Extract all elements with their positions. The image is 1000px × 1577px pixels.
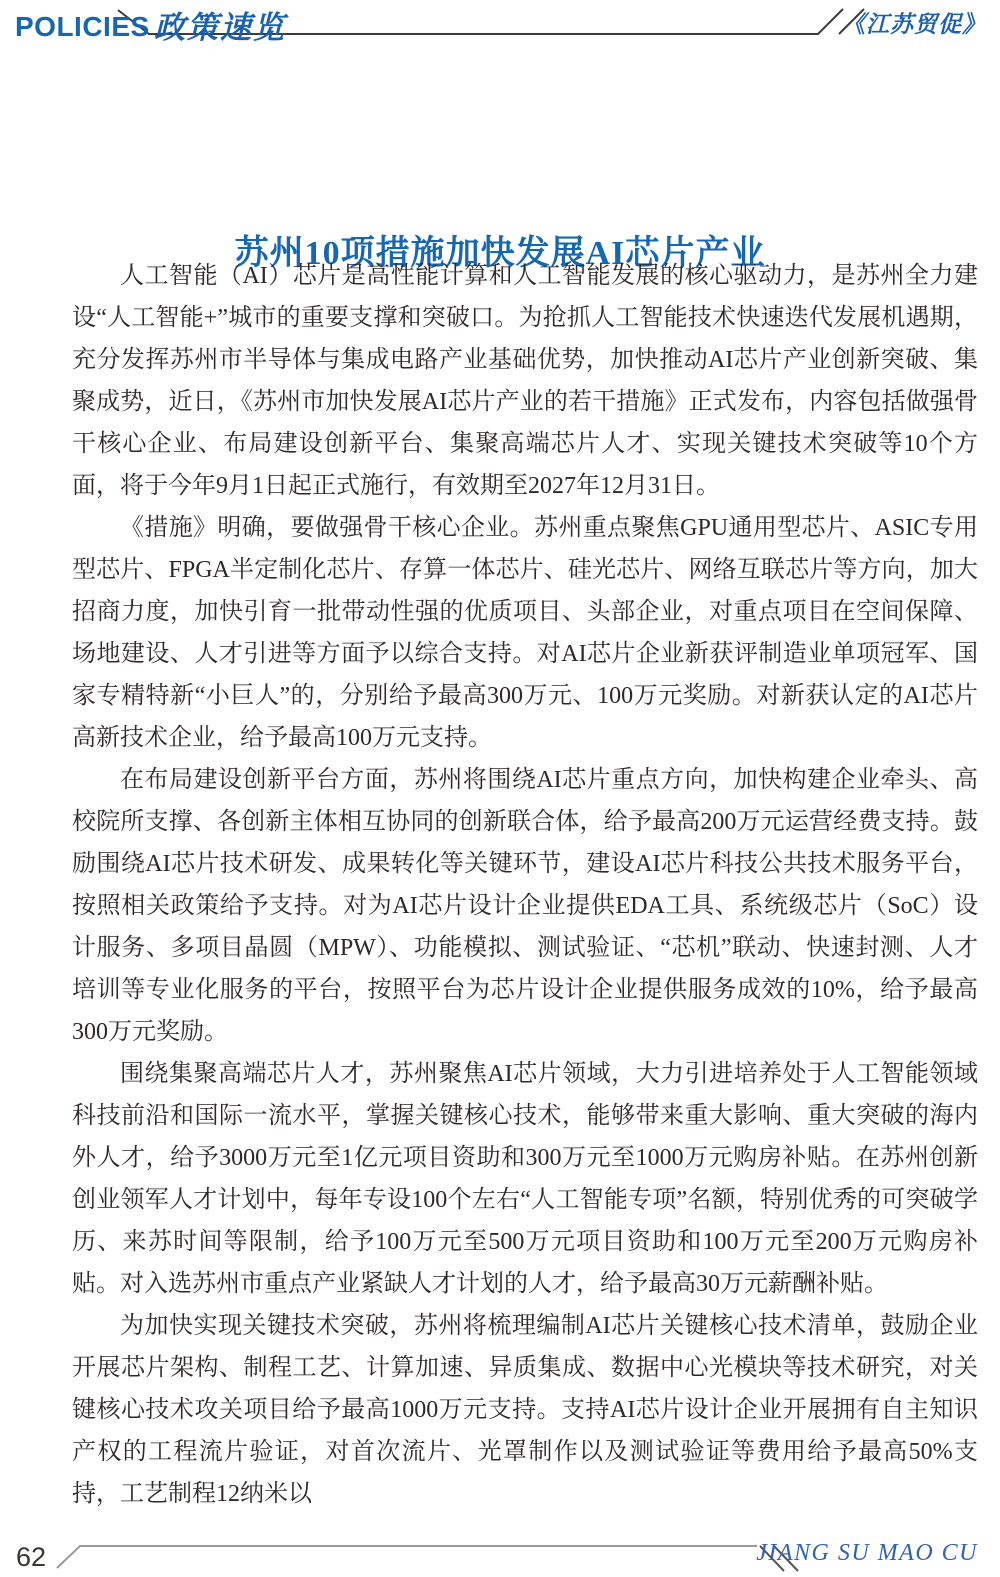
page-number: 62 <box>16 1542 46 1573</box>
article-body: 人工智能（AI）芯片是高性能计算和人工智能发展的核心驱动力，是苏州全力建设“人工… <box>72 255 978 1515</box>
article-paragraph: 人工智能（AI）芯片是高性能计算和人工智能发展的核心驱动力，是苏州全力建设“人工… <box>72 255 978 507</box>
article-paragraph: 围绕集聚高端芯片人才，苏州聚焦AI芯片领域，大力引进培养处于人工智能领域科技前沿… <box>72 1053 978 1305</box>
article-paragraph: 《措施》明确，要做强骨干核心企业。苏州重点聚焦GPU通用型芯片、ASIC专用型芯… <box>72 507 978 759</box>
magazine-name-cn: 《江苏贸促》 <box>842 6 986 39</box>
magazine-name-en: JIANG SU MAO CU <box>756 1540 978 1567</box>
article-paragraph: 在布局建设创新平台方面，苏州将围绕AI芯片重点方向，加快构建企业牵头、高校院所支… <box>72 759 978 1053</box>
section-title-en: POLICIES <box>15 11 150 43</box>
article-paragraph: 为加快实现关键技术突破，苏州将梳理编制AI芯片关键核心技术清单，鼓励企业开展芯片… <box>72 1305 978 1515</box>
section-title-cn: 政策速览 <box>154 2 286 47</box>
magazine-page: POLICIES 政策速览 《江苏贸促》 苏州10项措施加快发展AI芯片产业 人… <box>0 0 1000 1577</box>
